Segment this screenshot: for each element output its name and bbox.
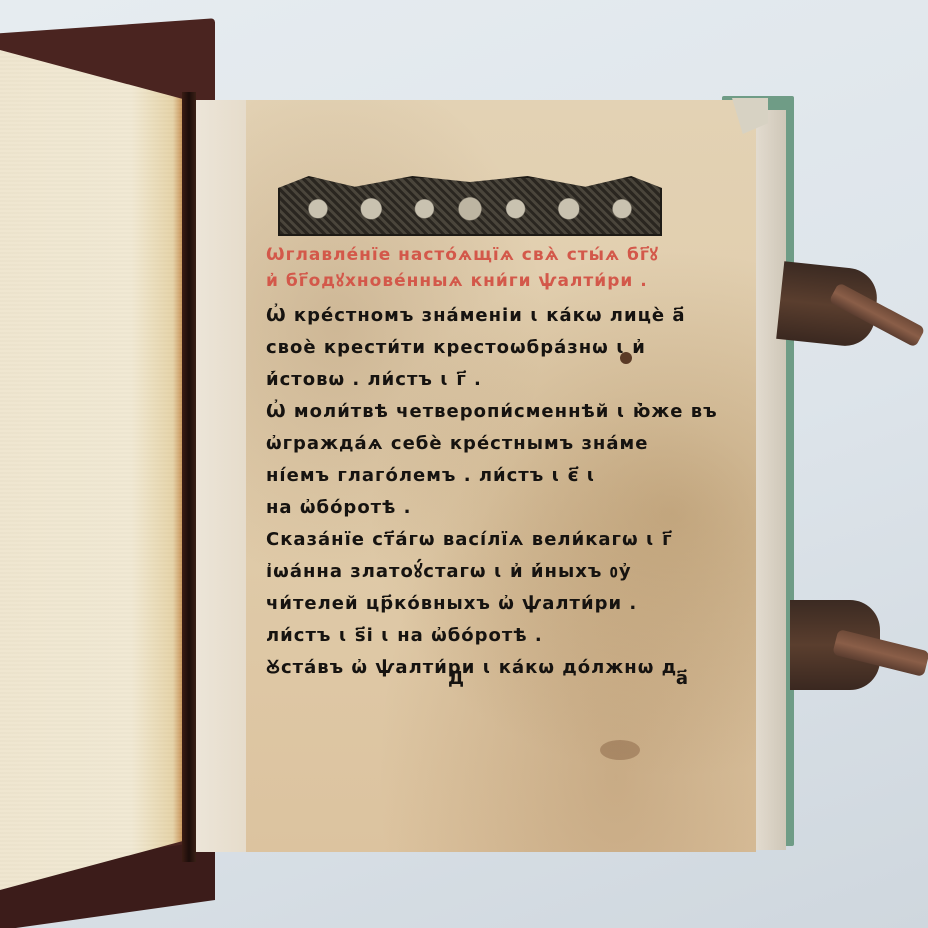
page-inner-margin (196, 100, 246, 852)
book-gutter (182, 92, 196, 862)
table-of-contents: Ѡглавле́нїе насто́ѧщїѧ свѧ̀ сты́ѧ бг҃ꙋ и… (266, 242, 686, 684)
text-line: ѡ҆гражда́ѧ себѐ кре́стнымъ зна́ме (266, 428, 686, 460)
stain (600, 740, 640, 760)
rubric-line: и҆ бг҃одꙋхнове́нныѧ кни́ги ѱалти́ри . (266, 268, 686, 294)
text-line: чи́телей цр҃ко́вныхъ ѡ҆ ѱалти́ри . (266, 588, 686, 620)
text-line: Ѡ҆ моли́твѣ четверопи́сменнѣй ꙇ ю҆̀же въ (266, 396, 686, 428)
text-line: ні́емъ глаго́лемъ . ли́стъ ꙇ є҃ ꙇ (266, 460, 686, 492)
text-line: Сказа́нїе ст҃а́гѡ васі́лїѧ вели́кагѡ ꙇ г… (266, 524, 686, 556)
page-footer: Д а҃ (448, 668, 688, 698)
text-line: на ѡ҆бо́ротѣ . (266, 492, 686, 524)
floral-headpiece-ornament (278, 176, 662, 236)
text-line: своѐ крести́ти крестоѡбра́знѡ ꙇ и҆ (266, 332, 686, 364)
signature-mark: Д (448, 668, 464, 698)
text-line: і҆ѡа́нна златоꙋ́стагѡ ꙇ и҆ и҆́ныхъ ᲂу҆ (266, 556, 686, 588)
catchword: а҃ (676, 668, 688, 698)
text-line: и҆́стовѡ . ли́стъ ꙇ г҃ . (266, 364, 686, 396)
text-line: ли́стъ ꙇ ѕ҃і ꙇ на ѡ҆бо́ротѣ . (266, 620, 686, 652)
endpaper-texture (0, 50, 188, 890)
text-line: Ѡ҆ кре́стномъ зна́меніи ꙇ ка́кѡ лицѐ а҃ (266, 300, 686, 332)
rubric-line: Ѡглавле́нїе насто́ѧщїѧ свѧ̀ сты́ѧ бг҃ꙋ (266, 242, 686, 268)
